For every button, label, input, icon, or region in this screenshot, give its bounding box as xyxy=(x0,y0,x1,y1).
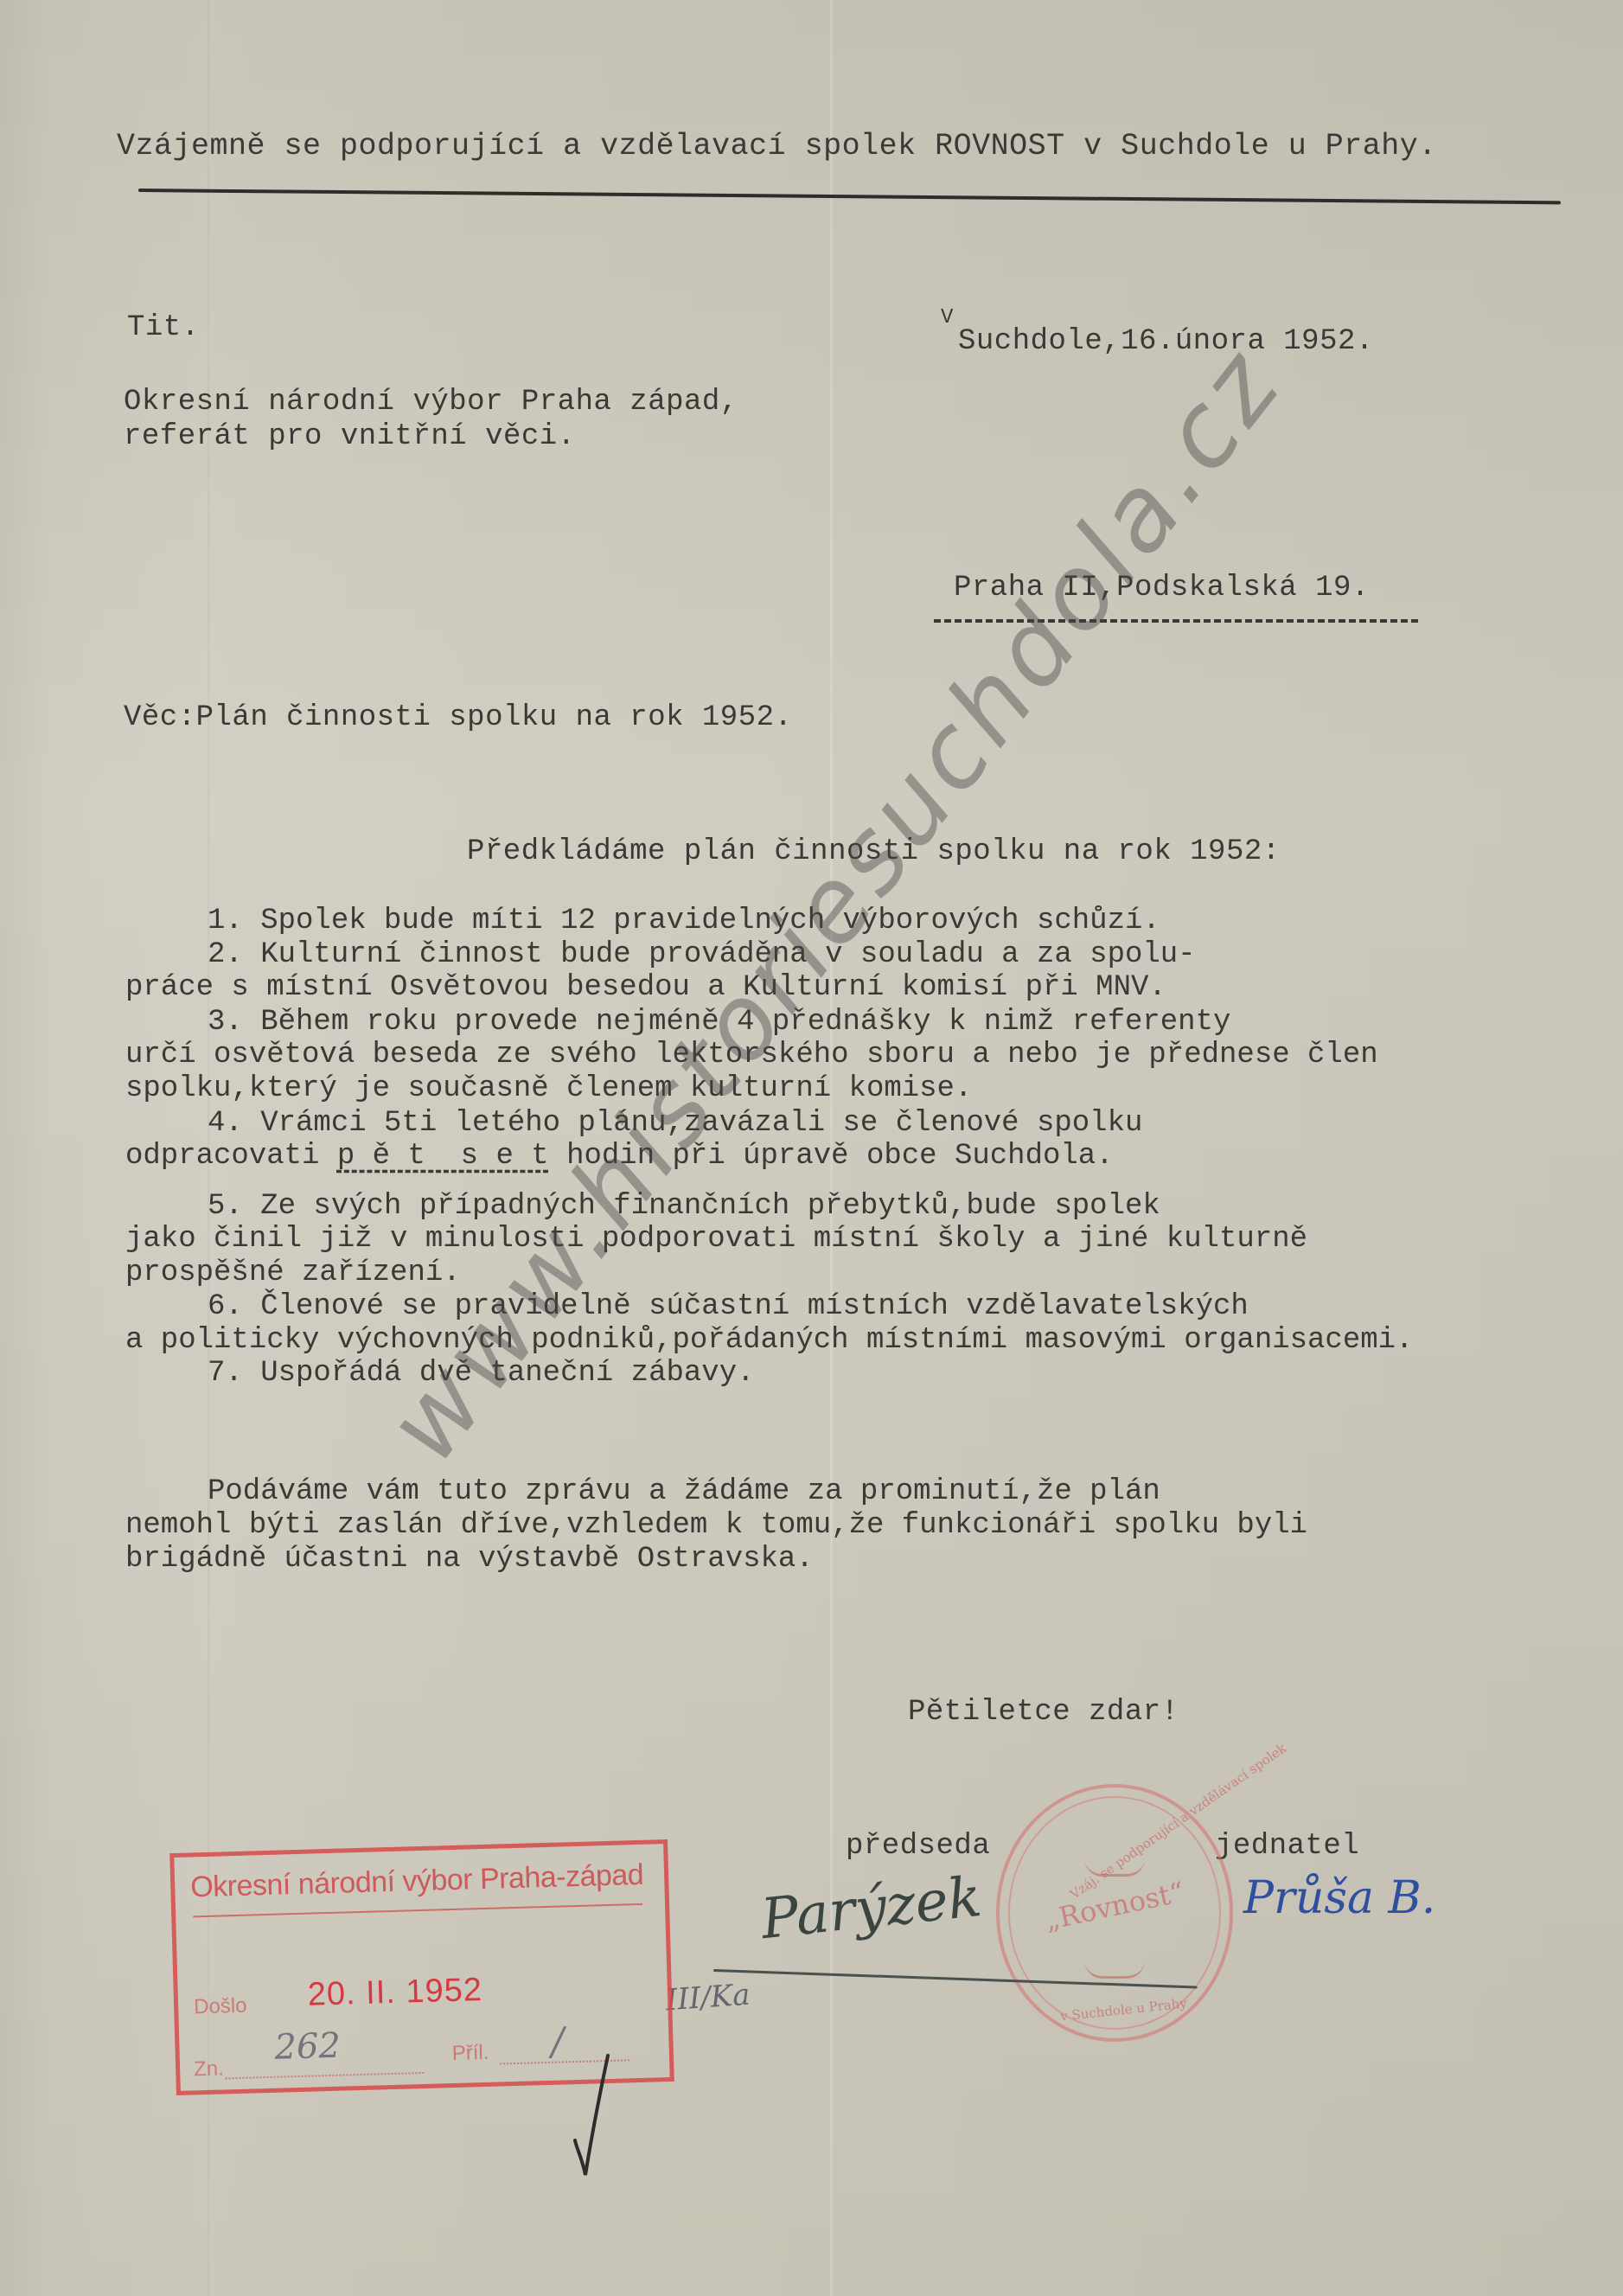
secretary-signature: Průša B. xyxy=(1243,1872,1435,1924)
secretary-label: jednatel xyxy=(1215,1832,1359,1861)
plan-item-7: 7. Uspořádá dvě taneční zábavy. xyxy=(208,1359,755,1388)
plan-item-1: 1. Spolek bude míti 12 pravidelných výbo… xyxy=(208,906,1160,936)
stamp-ref-label: Zn. xyxy=(194,2056,224,2082)
stamp-title: Okresní národní výbor Praha-západ xyxy=(190,1858,644,1905)
recipient-line-2: referát pro vnitřní věci. xyxy=(124,422,576,451)
plan-item-6-line-2: a politicky výchovných podniků,pořádanýc… xyxy=(125,1326,1413,1355)
closing-line-3: brigádně účastni na výstavbě Ostravska. xyxy=(125,1545,814,1574)
closing-line-1: Podáváme vám tuto zprávu a žádáme za pro… xyxy=(208,1477,1160,1506)
plan-item-3-line-1: 3. Během roku provede nejméně 4 přednášk… xyxy=(208,1007,1230,1037)
stamp-received-date: 20. II. 1952 xyxy=(307,1972,482,2014)
stamp-title-rule xyxy=(193,1903,642,1918)
address-underline xyxy=(934,619,1418,623)
date-line: Suchdole,16.února 1952. xyxy=(958,327,1374,356)
plan-item-4-line-1: 4. Vrámci 5ti letého plánu,zavázali se č… xyxy=(208,1109,1142,1138)
recipient-address: Praha II,Podskalská 19. xyxy=(954,573,1370,603)
stamp-received-label: Došlo xyxy=(194,1994,247,2020)
plan-item-2-line-1: 2. Kulturní činnost bude prováděna v sou… xyxy=(208,940,1196,969)
stamp-ref-dotted-line xyxy=(225,2072,424,2079)
chair-signature: Parýzek xyxy=(758,1865,985,1952)
plan-item-4-prefix: odpracovati xyxy=(125,1140,337,1173)
seal-flourish-bottom xyxy=(1084,1960,1145,1979)
recipient-line-1: Okresní národní výbor Praha západ, xyxy=(124,387,738,417)
plan-item-5-line-1: 5. Ze svých případných finančních přebyt… xyxy=(208,1192,1160,1221)
plan-item-3-line-3: spolku,který je současně členem kulturní… xyxy=(125,1074,972,1103)
seal-center-text: „Rovnost“ xyxy=(1032,1873,1197,1939)
plan-intro: Předkládáme plán činnosti spolku na rok … xyxy=(467,837,1281,867)
plan-item-4-suffix: hodin při úpravě obce Suchdola. xyxy=(549,1140,1114,1173)
stamp-ref-value: 262 xyxy=(274,2026,342,2068)
plan-item-4-emphasis: p ě t s e t xyxy=(337,1140,549,1173)
plan-item-5-line-3: prospěšné zařízení. xyxy=(125,1258,461,1288)
plan-item-6-line-1: 6. Členové se pravidelně súčastní místní… xyxy=(208,1292,1249,1321)
letterhead-title: Vzájemně se podporující a vzdělavací spo… xyxy=(117,131,1437,162)
date-prefix: V xyxy=(941,308,954,329)
letterhead-rule xyxy=(138,189,1561,204)
pencil-reference-note: III/Ka xyxy=(665,1978,751,2018)
closing-slogan: Pětiletce zdar! xyxy=(908,1698,1179,1727)
salutation: Tit. xyxy=(127,313,200,342)
chair-label: předseda xyxy=(846,1832,990,1861)
plan-item-3-line-2: určí osvětová beseda ze svého lektorskéh… xyxy=(125,1040,1378,1070)
seal-ring-text-bottom: v Suchdole u Prahy xyxy=(1059,1995,1187,2024)
society-seal: Vzáj. se podporující a vzdělávací spolek… xyxy=(996,1784,1233,2042)
closing-line-2: nemohl býti zaslán dříve,vzhledem k tomu… xyxy=(125,1511,1307,1540)
subject-line: Věc:Plán činnosti spolku na rok 1952. xyxy=(124,703,792,732)
checkmark-icon xyxy=(566,2054,618,2184)
plan-item-2-line-2: práce s místní Osvětovou besedou a Kultu… xyxy=(125,973,1166,1002)
stamp-attachments-label: Příl. xyxy=(451,2041,489,2066)
seal-flourish-top xyxy=(1084,1858,1145,1877)
plan-item-4-line-2: odpracovati p ě t s e t hodin při úpravě… xyxy=(125,1142,1114,1171)
stamp-attachments-value: / xyxy=(551,2019,565,2063)
plan-item-5-line-2: jako činil již v minulosti podporovati m… xyxy=(125,1225,1307,1254)
